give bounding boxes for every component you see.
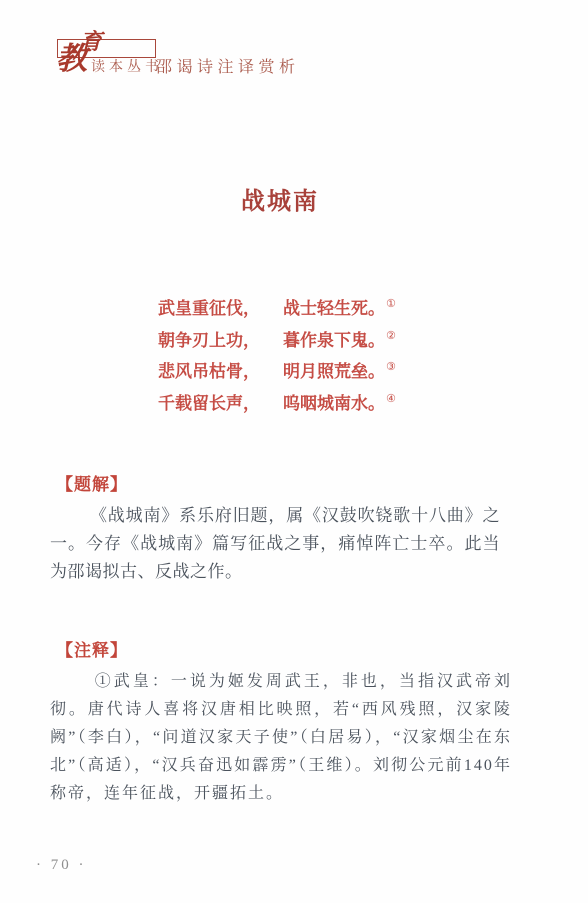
section-label-tijie: 【题解】 [56,470,128,495]
poem-line: 悲风吊枯骨，明月照荒垒。③ [158,357,396,389]
logo-calligraphy-jiao: 教 [56,44,87,75]
poem-hemistich-left: 武皇重征伐， [158,294,283,326]
section-text-tijie: 《战城南》系乐府旧题，属《汉鼓吹铙歌十八曲》之一。今存《战城南》篇写征战之事，痛… [50,502,500,586]
note-reference-mark: ④ [386,392,396,405]
note-reference-mark: ② [386,329,396,342]
poem-hemistich-left: 朝争刃上功， [158,326,283,358]
poem-line: 千载留长声，呜咽城南水。④ [158,389,396,421]
page-number: · 70 · [36,857,87,874]
poem-hemistich-left: 千载留长声， [158,389,283,421]
note-reference-mark: ③ [386,360,396,373]
poem-hemistich-left: 悲风吊枯骨， [158,357,283,389]
book-title: 邵谒诗注译赏析 [156,54,300,77]
series-label: 读本丛书 [91,56,163,76]
poem-hemistich-right: 明月照荒垒。 [283,357,385,389]
section-label-zhushi: 【注释】 [56,636,128,661]
book-page: 育 教 读本丛书 邵谒诗注译赏析 战城南 武皇重征伐，战士轻生死。① 朝争刃上功… [0,0,588,903]
poem-title: 战城南 [0,181,560,216]
poem-hemistich-right: 战士轻生死。 [283,294,385,326]
section-text-zhushi: ①武皇：一说为姬发周武王，非也，当指汉武帝刘彻。唐代诗人喜将汉唐相比映照，若“西… [50,668,512,808]
poem-line: 朝争刃上功，暮作泉下鬼。② [158,326,396,358]
poem-line: 武皇重征伐，战士轻生死。① [158,294,396,326]
poem-hemistich-right: 暮作泉下鬼。 [283,326,385,358]
poem-body: 武皇重征伐，战士轻生死。① 朝争刃上功，暮作泉下鬼。② 悲风吊枯骨，明月照荒垒。… [158,294,396,420]
poem-hemistich-right: 呜咽城南水。 [283,389,385,421]
note-reference-mark: ① [386,297,396,310]
